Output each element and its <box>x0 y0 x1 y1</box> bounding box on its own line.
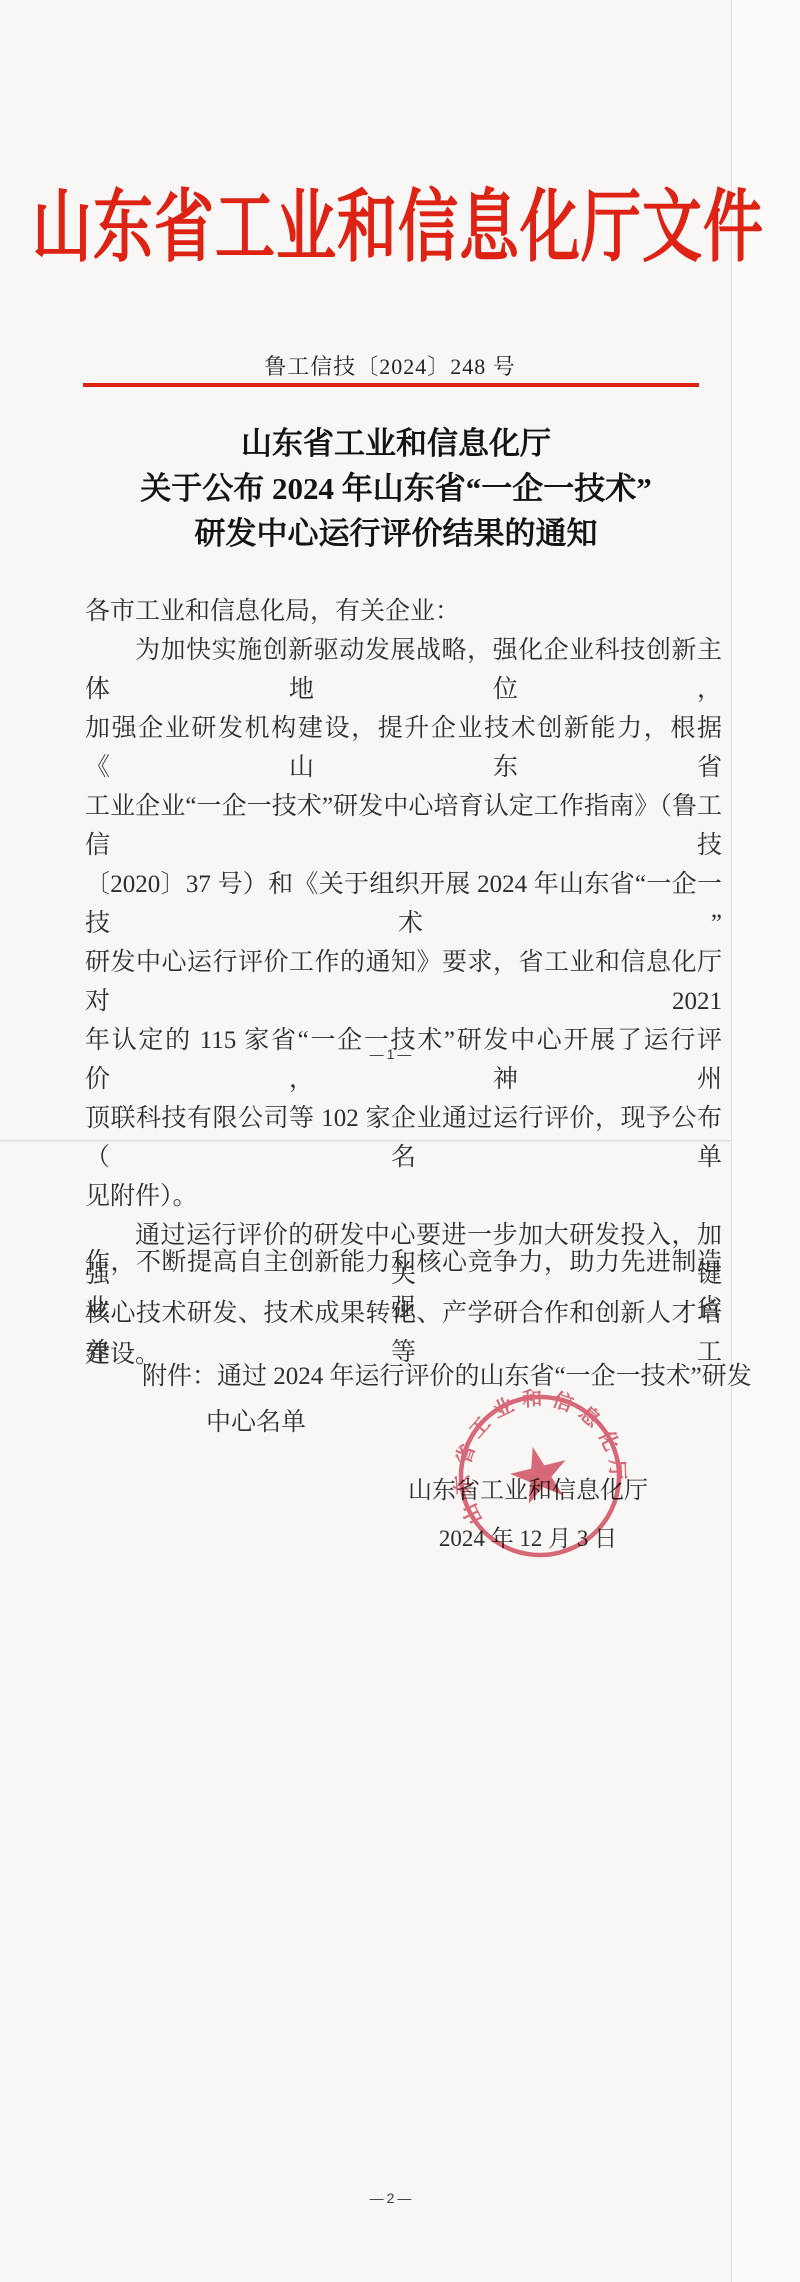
title-line-2: 关于公布 2024 年山东省“一企一技术” <box>0 466 792 511</box>
title-line-3: 研发中心运行评价结果的通知 <box>0 511 792 556</box>
svg-text:山东省工业和信息化厅: 山东省工业和信息化厅 <box>430 1366 635 1529</box>
document-header-banner: 山东省工业和信息化厅文件 <box>0 164 796 278</box>
salutation: 各市工业和信息化局，有关企业： <box>85 592 722 631</box>
seal-arc-text: 山东省工业和信息化厅 <box>430 1366 635 1529</box>
seal-star-icon <box>505 1440 573 1506</box>
body-line: 见附件）。 <box>85 1177 722 1216</box>
page1-number: —1— <box>0 1046 784 1062</box>
body-line: 顶联科技有限公司等 102 家企业通过运行评价，现予公布（名单 <box>85 1099 722 1177</box>
body-line: 作，不断提高自主创新能力和核心竞争力，助力先进制造业强省 <box>85 1240 722 1332</box>
body-line: 为加快实施创新驱动发展战略，强化企业科技创新主体地位， <box>85 631 722 709</box>
document-number: 鲁工信技〔2024〕248 号 <box>0 350 780 381</box>
body-line: 研发中心运行评价工作的通知》要求，省工业和信息化厅对 2021 <box>85 943 722 1021</box>
body-line: 工业企业“一企一技术”研发中心培育认定工作指南》（鲁工信技 <box>85 787 722 865</box>
scan-edge-strip <box>732 0 800 2282</box>
body-line: 加强企业研发机构建设，提升企业技术创新能力，根据《山东省 <box>85 709 722 787</box>
attachment-line-1: 附件：通过 2024 年运行评价的山东省“一企一技术”研发 <box>142 1356 752 1392</box>
page2-number: —2— <box>0 2190 784 2206</box>
scanned-document: 山东省工业和信息化厅文件 鲁工信技〔2024〕248 号 山东省工业和信息化厅 … <box>0 0 800 2282</box>
attachment-line-2: 中心名单 <box>206 1402 306 1438</box>
document-title: 山东省工业和信息化厅 关于公布 2024 年山东省“一企一技术” 研发中心运行评… <box>0 421 792 556</box>
red-divider-rule <box>83 383 699 387</box>
body-line: 〔2020〕37 号）和《关于组织开展 2024 年山东省“一企一技术” <box>85 865 722 943</box>
title-line-1: 山东省工业和信息化厅 <box>0 421 792 466</box>
